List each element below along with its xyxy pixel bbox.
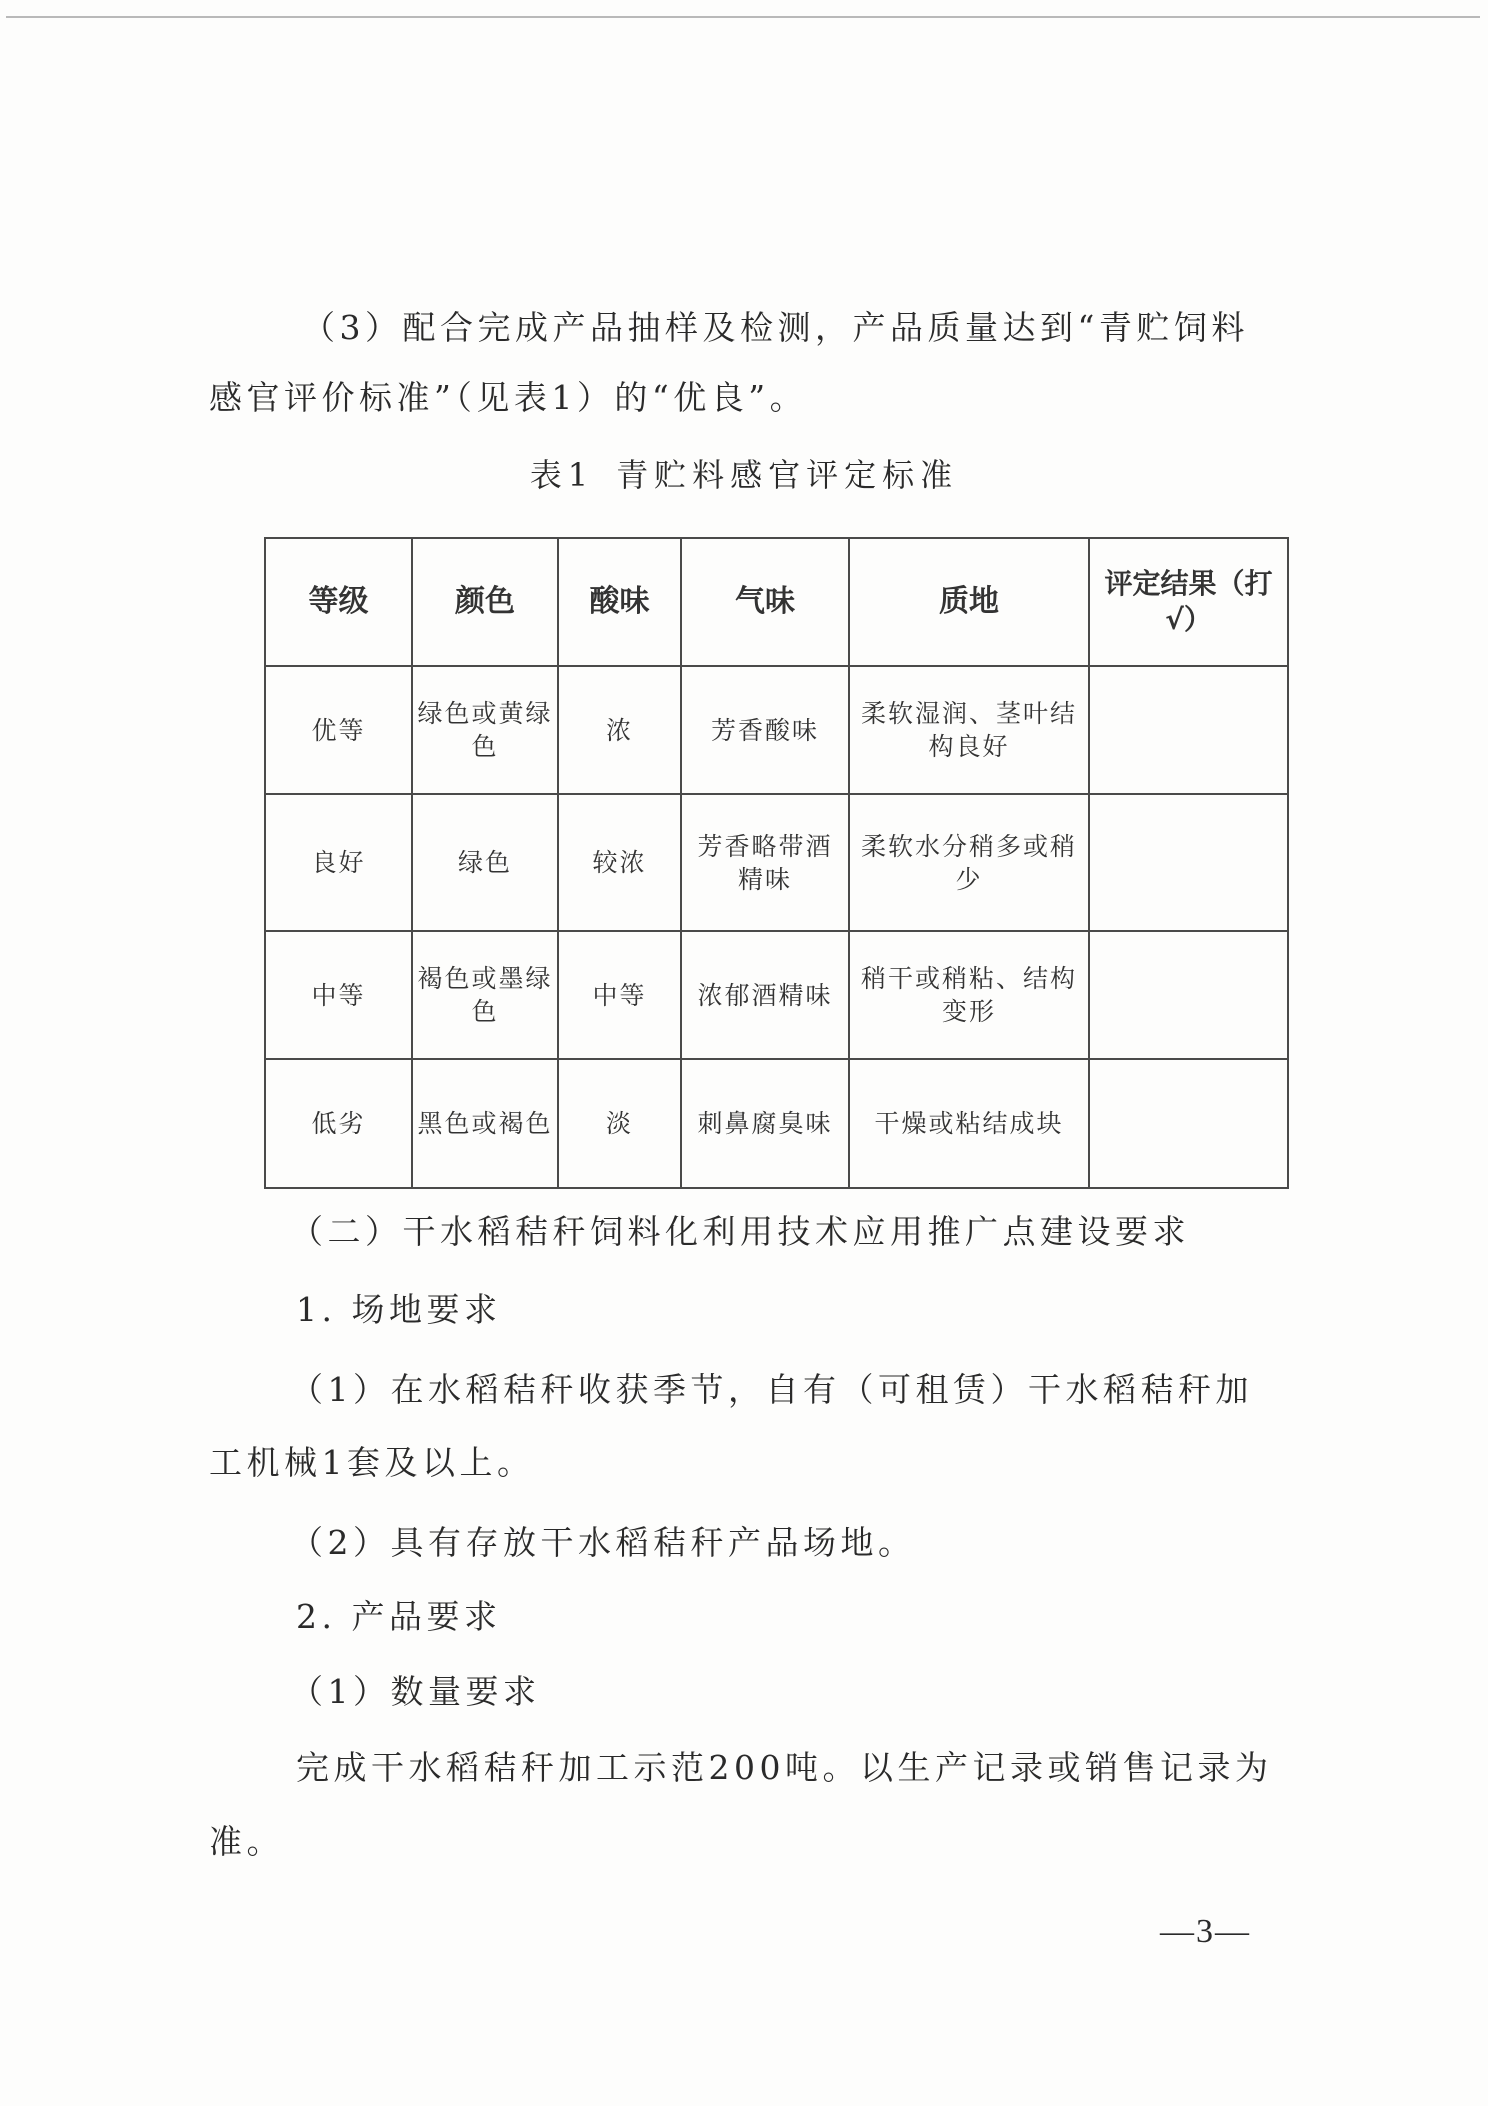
cell-smell: 浓郁酒精味 [681,931,849,1059]
cell-grade: 优等 [265,666,412,794]
cell-color: 绿色 [412,794,558,931]
header-sourness: 酸味 [558,538,681,666]
cell-sourness: 浓 [558,666,681,794]
cell-texture: 稍干或稍粘、结构变形 [849,931,1089,1059]
page-number: —3— [1160,1912,1251,1952]
subsection-site-requirements-heading: 1. 场地要求 [296,1290,501,1330]
table-header-row: 等级 颜色 酸味 气味 质地 评定结果（打√） [265,538,1288,666]
cell-grade: 良好 [265,794,412,931]
cell-smell: 芳香酸味 [681,666,849,794]
subsection-product-requirements-heading: 2. 产品要求 [296,1597,501,1637]
cell-texture: 柔软湿润、茎叶结构良好 [849,666,1089,794]
site-item-1-line-1: （1）在水稻秸秆收获季节，自有（可租赁）干水稻秸秆加 [290,1370,1253,1410]
header-color: 颜色 [412,538,558,666]
cell-smell: 芳香略带酒精味 [681,794,849,931]
table-row: 中等 褐色或墨绿色 中等 浓郁酒精味 稍干或稍粘、结构变形 [265,931,1288,1059]
cell-result-checkbox[interactable] [1089,931,1288,1059]
header-result: 评定结果（打√） [1089,538,1288,666]
cell-sourness: 中等 [558,931,681,1059]
cell-sourness: 淡 [558,1059,681,1188]
cell-color: 绿色或黄绿色 [412,666,558,794]
product-item-1-heading: （1）数量要求 [290,1672,541,1712]
site-item-2: （2）具有存放干水稻秸秆产品场地。 [290,1523,916,1563]
cell-result-checkbox[interactable] [1089,666,1288,794]
paragraph-3-line-2: 感官评价标准”（见表1）的“优良”。 [209,378,807,418]
table-row: 优等 绿色或黄绿色 浓 芳香酸味 柔软湿润、茎叶结构良好 [265,666,1288,794]
section-2-heading: （二）干水稻秸秆饲料化利用技术应用推广点建设要求 [290,1212,1190,1252]
cell-sourness: 较浓 [558,794,681,931]
site-item-1-line-2: 工机械1套及以上。 [209,1443,535,1483]
header-grade: 等级 [265,538,412,666]
table-caption-title: 青贮料感官评定标准 [616,456,958,494]
cell-result-checkbox[interactable] [1089,794,1288,931]
silage-grading-table: 等级 颜色 酸味 气味 质地 评定结果（打√） 优等 绿色或黄绿色 浓 芳香酸味… [264,537,1289,1189]
cell-smell: 刺鼻腐臭味 [681,1059,849,1188]
cell-texture: 干燥或粘结成块 [849,1059,1089,1188]
table-row: 良好 绿色 较浓 芳香略带酒精味 柔软水分稍多或稍少 [265,794,1288,931]
table-caption-number: 表1 [530,456,594,494]
product-item-1-body-line-2: 准。 [209,1822,284,1862]
header-texture: 质地 [849,538,1089,666]
header-smell: 气味 [681,538,849,666]
paragraph-3-line-1: （3）配合完成产品抽样及检测，产品质量达到“青贮饲料 [302,308,1249,348]
cell-texture: 柔软水分稍多或稍少 [849,794,1089,931]
product-item-1-body-line-1: 完成干水稻秸秆加工示范200吨。以生产记录或销售记录为 [296,1748,1273,1788]
cell-grade: 低劣 [265,1059,412,1188]
cell-result-checkbox[interactable] [1089,1059,1288,1188]
scan-top-edge-rule [6,16,1480,18]
table-caption: 表1青贮料感官评定标准 [0,455,1488,495]
table-row: 低劣 黑色或褐色 淡 刺鼻腐臭味 干燥或粘结成块 [265,1059,1288,1188]
cell-color: 黑色或褐色 [412,1059,558,1188]
cell-color: 褐色或墨绿色 [412,931,558,1059]
cell-grade: 中等 [265,931,412,1059]
